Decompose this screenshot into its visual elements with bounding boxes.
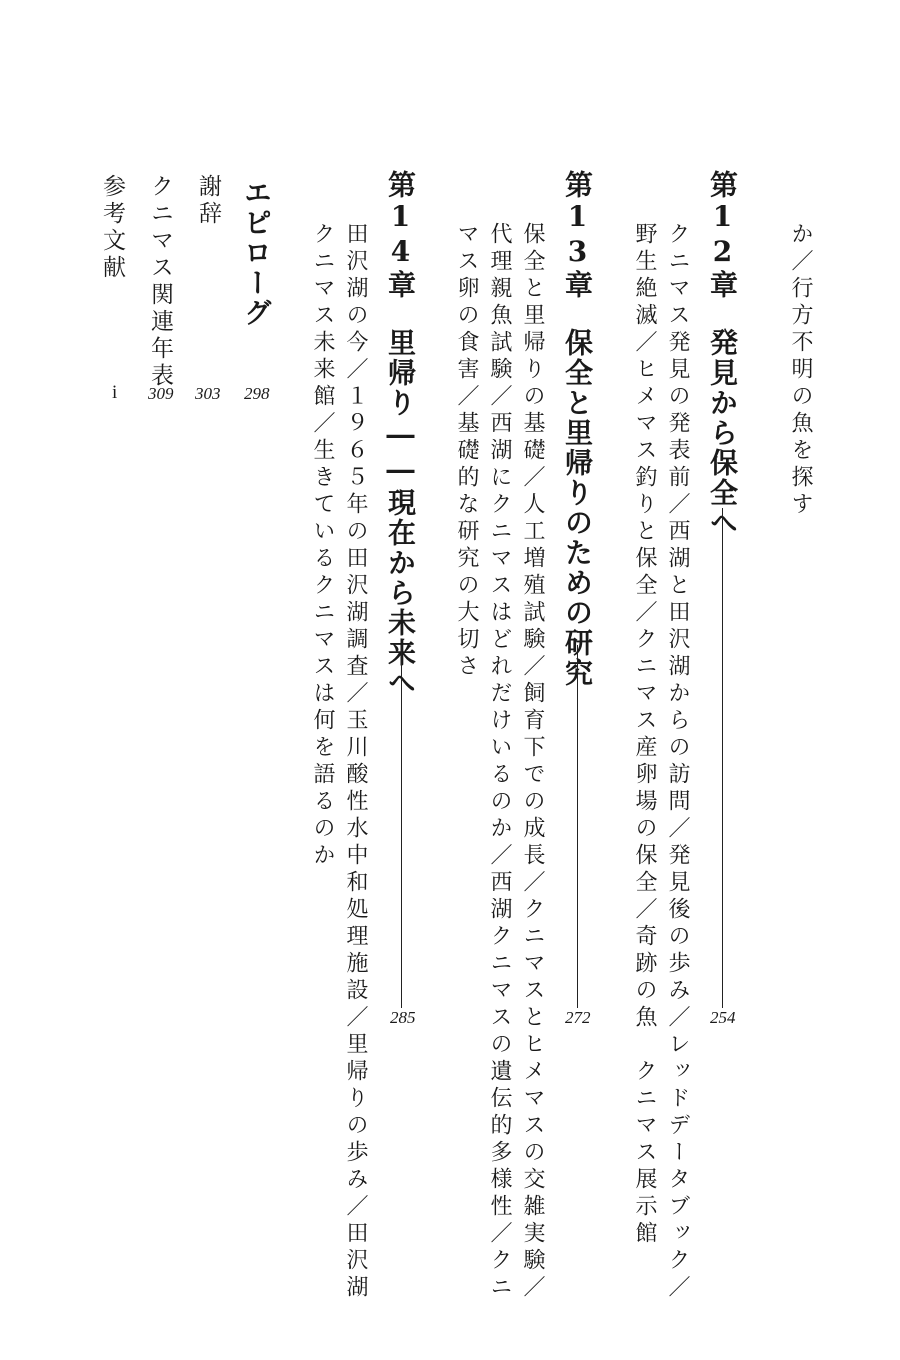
references-entry[interactable]: 参考文献 [100, 174, 123, 282]
chapter-12-page-number: 254 [710, 1008, 736, 1028]
references-page-number: i [112, 382, 117, 404]
chapter-12-label: 第12章 [706, 170, 739, 300]
chapter-13-label: 第13章 [561, 170, 594, 300]
chapter-14-leader-rule [401, 645, 402, 1008]
chapter-13-sections-line-1: 保全と里帰りの基礎／人工増殖試験／飼育下での成長／クニマスとヒメマスの交雑実験／ [521, 222, 543, 1302]
chapter-13-leader-rule [577, 645, 578, 1008]
epilogue-page-number: 298 [244, 384, 270, 404]
chapter-13-sections-line-2: 代理親魚試験／西湖にクニマスはどれだけいるのか／西湖クニマスの遺伝的多様性／クニ [488, 222, 510, 1302]
chapter-12-heading[interactable]: 第12章発見から保全へ [708, 170, 736, 538]
chapter-13-page-number: 272 [565, 1008, 591, 1028]
chapter-14-sections-line-2: クニマス未来館／生きているクニマスは何を語るのか [311, 222, 333, 870]
epilogue-entry[interactable]: エピローグ [242, 178, 270, 328]
chapter-12-leader-rule [722, 508, 723, 1008]
chapter-13-heading[interactable]: 第13章保全と里帰りのための研究 [563, 170, 591, 688]
chapter-12-sections-line-2: 野生絶滅／ヒメマス釣りと保全／クニマス産卵場の保全／奇跡の魚 クニマス展示館 [633, 222, 655, 1248]
chapter-14-title: 里帰り――現在から未来へ [384, 328, 417, 698]
chapter-12-title: 発見から保全へ [706, 328, 739, 538]
chapter-14-heading[interactable]: 第14章里帰り――現在から未来へ [386, 170, 414, 698]
acknowledgements-entry[interactable]: 謝辞 [196, 174, 219, 228]
chapter-14-label: 第14章 [384, 170, 417, 300]
chronology-page-number: 309 [148, 384, 174, 404]
chapter-13-title: 保全と里帰りのための研究 [561, 328, 594, 688]
chapter-14-page-number: 285 [390, 1008, 416, 1028]
toc-continuation-line: か／行方不明の魚を探す [789, 222, 811, 519]
chapter-13-sections-line-3: マス卵の食害／基礎的な研究の大切さ [455, 222, 477, 681]
chapter-14-sections-line-1: 田沢湖の今／１９６５年の田沢湖調査／玉川酸性水中和処理施設／里帰りの歩み／田沢湖 [344, 222, 366, 1302]
chapter-12-sections-line-1: クニマス発見の発表前／西湖と田沢湖からの訪問／発見後の歩み／レッドデータブック／ [666, 222, 688, 1302]
chronology-entry[interactable]: クニマス関連年表 [148, 174, 171, 390]
acknowledgements-page-number: 303 [195, 384, 221, 404]
